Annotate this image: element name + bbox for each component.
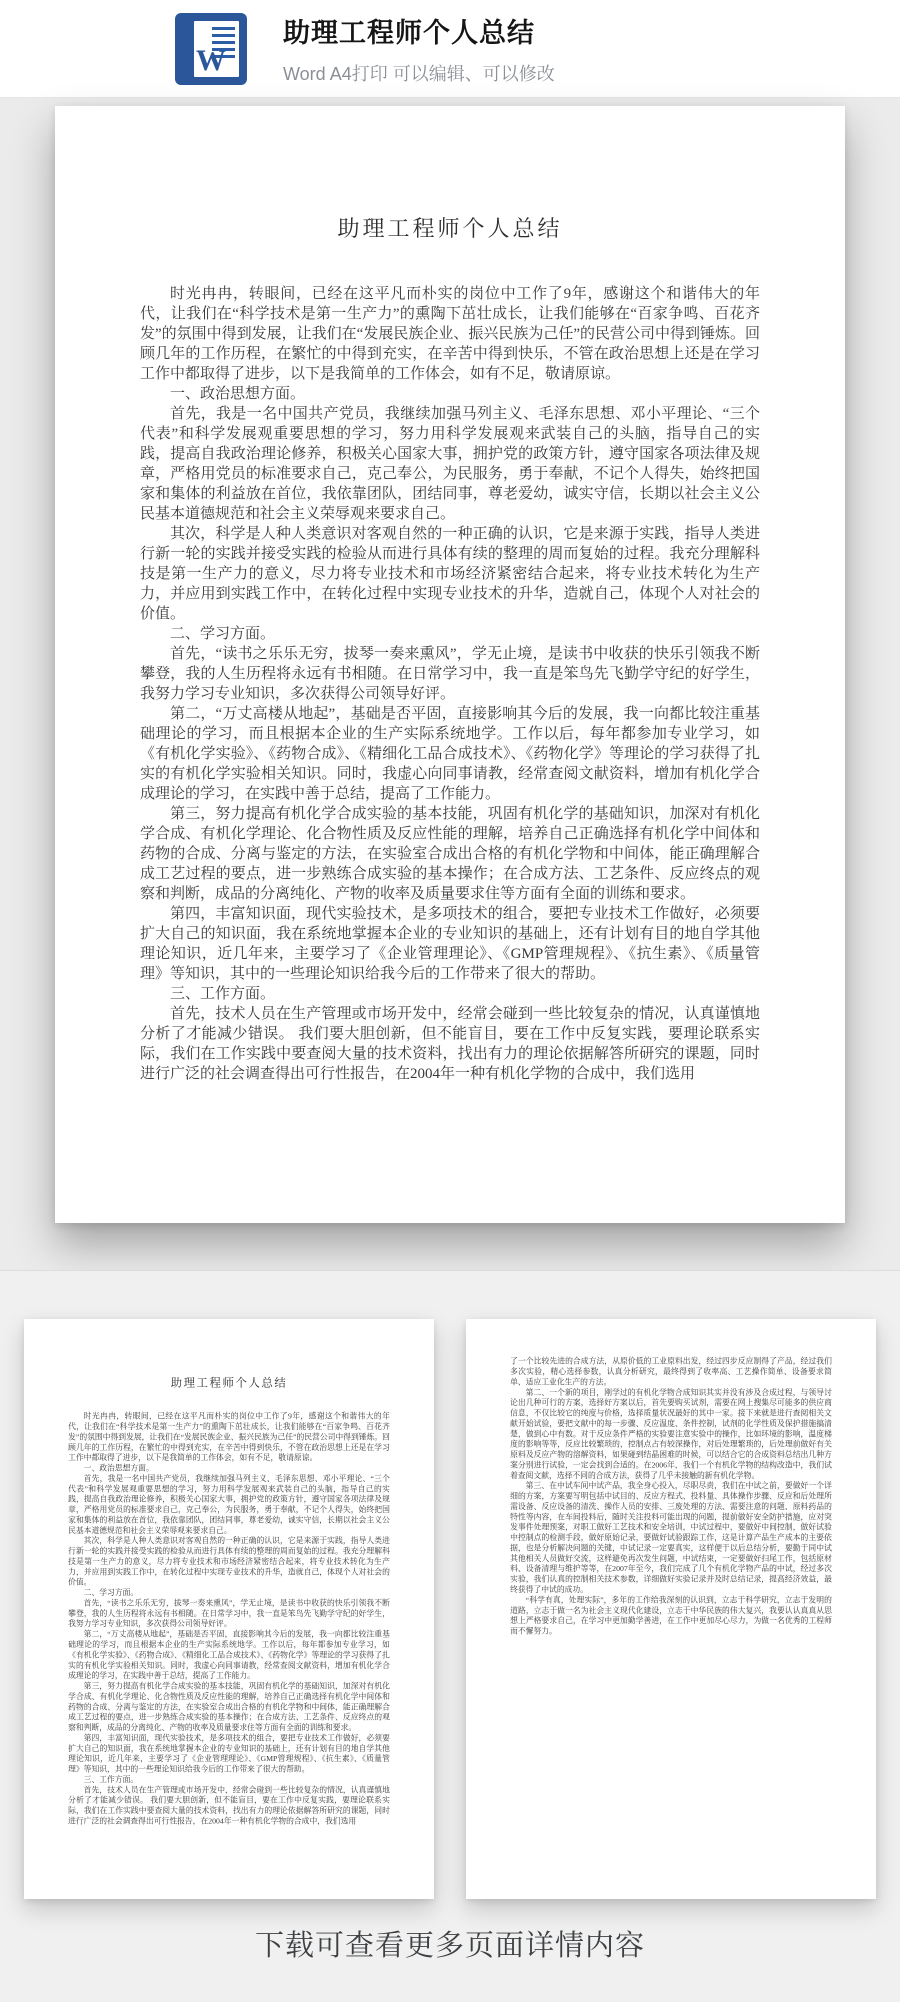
doc-paragraph: 第二，“万丈高楼从地起”，基础是否平固，直接影响其今后的发展，我一向都比较注重基… — [68, 1630, 390, 1682]
thumbnail-page-2-content: 了一个比较先进的合成方法，从原价低的工业原料出发，经过四步反应制得了产品，经过我… — [466, 1319, 876, 1899]
doc-paragraph: 首先，“读书之乐乐无穷，拔琴一奏来熏风”，学无止境，是读书中收获的快乐引领我不断… — [140, 644, 760, 704]
doc-paragraph: 时光冉冉，转眼间，已经在这平凡而朴实的岗位中工作了9年，感谢这个和谐伟大的年代，… — [68, 1412, 390, 1464]
doc-paragraph: 首先，技术人员在生产管理或市场开发中，经常会碰到一些比较复杂的情况，认真谨慎地分… — [68, 1785, 390, 1827]
doc-paragraph: 了一个比较先进的合成方法，从原价低的工业原料出发，经过四步反应制得了产品，经过我… — [510, 1356, 832, 1387]
doc-paragraph: 首先，我是一名中国共产党员，我继续加强马列主义、毛泽东思想、邓小平理论、“三个代… — [68, 1474, 390, 1536]
doc-paragraph: 首先，技术人员在生产管理或市场开发中，经常会碰到一些比较复杂的情况，认真谨慎地分… — [140, 1004, 760, 1084]
doc-heading: 三、工作方面。 — [68, 1775, 390, 1785]
doc-title: 助理工程师个人总结 — [140, 216, 760, 242]
doc-paragraph: 时光冉冉，转眼间，已经在这平凡而朴实的岗位中工作了9年，感谢这个和谐伟大的年代，… — [140, 284, 760, 384]
doc-paragraph: 第二，“万丈高楼从地起”，基础是否平固，直接影响其今后的发展，我一向都比较注重基… — [140, 704, 760, 804]
doc-heading: 一、政治思想方面。 — [68, 1463, 390, 1473]
doc-heading: 三、工作方面。 — [140, 984, 760, 1004]
doc-paragraph: 第二、一个新的项目，刚学过的有机化学物合成知识其实并没有涉及合成过程，与领导讨论… — [510, 1388, 832, 1481]
footer-note: 下载可查看更多页面详情内容 — [0, 1923, 900, 1964]
document-preview-page-1: 助理工程师个人总结 时光冉冉，转眼间，已经在这平凡而朴实的岗位中工作了9年，感谢… — [55, 106, 845, 1223]
page-subtitle: Word A4打印 可以编辑、可以修改 — [283, 60, 555, 86]
doc-paragraph: 第三、在中试车间中试产品，我全身心投入，尽职尽责，我们在中试之前，要做好一个详细… — [510, 1481, 832, 1595]
doc-body-thumb-2: 了一个比较先进的合成方法，从原价低的工业原料出发，经过四步反应制得了产品，经过我… — [510, 1356, 832, 1636]
header-text: 助理工程师个人总结 Word A4打印 可以编辑、可以修改 — [283, 11, 555, 86]
doc-heading: 二、学习方面。 — [68, 1588, 390, 1598]
doc-paragraph: 首先，我是一名中国共产党员，我继续加强马列主义、毛泽东思想、邓小平理论、“三个代… — [140, 404, 760, 524]
doc-heading: 二、学习方面。 — [140, 624, 760, 644]
page-root: W 助理工程师个人总结 Word A4打印 可以编辑、可以修改 助理工程师个人总… — [0, 0, 900, 2002]
doc-heading: 一、政治思想方面。 — [140, 384, 760, 404]
doc-paragraph: 第三，努力提高有机化学合成实验的基本技能，巩固有机化学的基础知识，加深对有机化学… — [140, 804, 760, 904]
page-title: 助理工程师个人总结 — [283, 11, 555, 50]
doc-body-thumb-1: 时光冉冉，转眼间，已经在这平凡而朴实的岗位中工作了9年，感谢这个和谐伟大的年代，… — [68, 1412, 390, 1827]
doc-paragraph: “科学有真，处理实际”，多年的工作给我深刻的认识到，立志于科学研究，立志于发明的… — [510, 1595, 832, 1637]
thumbnail-page-1: 助理工程师个人总结 时光冉冉，转眼间，已经在这平凡而朴实的岗位中工作了9年，感谢… — [24, 1319, 434, 1899]
thumbnails-section: 助理工程师个人总结 时光冉冉，转眼间，已经在这平凡而朴实的岗位中工作了9年，感谢… — [0, 1270, 900, 2002]
doc-paragraph: 其次，科学是人种人类意识对客观自然的一种正确的认识，它是来源于实践，指导人类进行… — [140, 524, 760, 624]
doc-title-thumb: 助理工程师个人总结 — [68, 1376, 390, 1390]
header: W 助理工程师个人总结 Word A4打印 可以编辑、可以修改 — [0, 0, 900, 98]
doc-paragraph: 其次，科学是人种人类意识对客观自然的一种正确的认识，它是来源于实践，指导人类进行… — [68, 1536, 390, 1588]
doc-paragraph: 第三，努力提高有机化学合成实验的基本技能，巩固有机化学的基础知识，加深对有机化学… — [68, 1681, 390, 1733]
thumbnail-page-2: 了一个比较先进的合成方法，从原价低的工业原料出发，经过四步反应制得了产品，经过我… — [466, 1319, 876, 1899]
word-icon-letter: W — [196, 46, 226, 76]
thumbnail-page-1-content: 助理工程师个人总结 时光冉冉，转眼间，已经在这平凡而朴实的岗位中工作了9年，感谢… — [24, 1319, 434, 1899]
word-icon-page: W — [194, 21, 239, 77]
doc-body-page-1: 时光冉冉，转眼间，已经在这平凡而朴实的岗位中工作了9年，感谢这个和谐伟大的年代，… — [140, 284, 760, 1084]
word-file-icon: W — [175, 13, 247, 85]
doc-paragraph: 第四，丰富知识面，现代实验技术，是多项技术的组合，要把专业技术工作做好，必须要扩… — [140, 904, 760, 984]
doc-paragraph: 第四，丰富知识面，现代实验技术，是多项技术的组合，要把专业技术工作做好，必须要扩… — [68, 1733, 390, 1775]
doc-paragraph: 首先，“读书之乐乐无穷，拔琴一奏来熏风”，学无止境，是读书中收获的快乐引领我不断… — [68, 1598, 390, 1629]
